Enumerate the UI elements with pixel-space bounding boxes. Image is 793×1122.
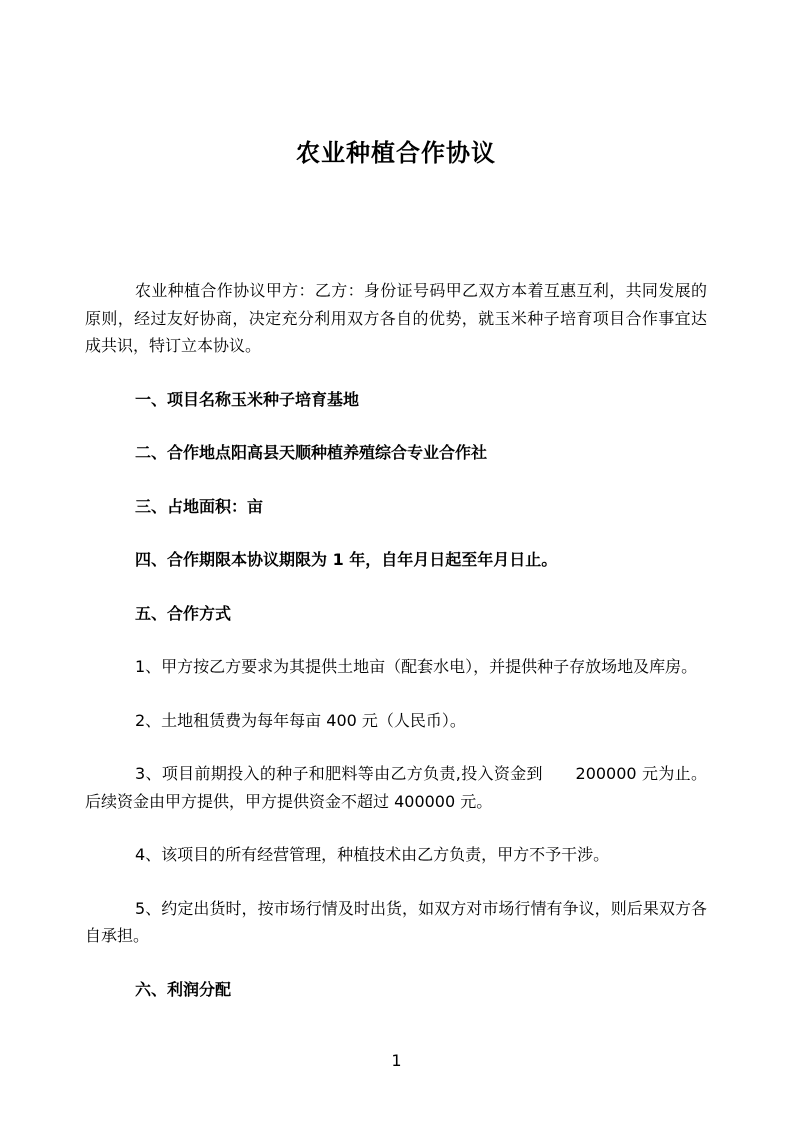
clause-item-1: 1、甲方按乙方要求为其提供土地亩（配套水电），并提供种子存放场地及库房。 bbox=[85, 653, 707, 681]
section-heading-location: 二、合作地点阳高县天顺种植养殖综合专业合作社 bbox=[85, 439, 707, 467]
section-heading-project-name: 一、项目名称玉米种子培育基地 bbox=[85, 386, 707, 414]
section-heading-area: 三、占地面积：亩 bbox=[85, 493, 707, 521]
document-content: 农业种植合作协议 农业种植合作协议甲方：乙方：身份证号码甲乙双方本着互惠互利，共… bbox=[85, 0, 707, 1029]
clause-item-2: 2、土地租赁费为每年每亩 400 元（人民币）。 bbox=[85, 707, 707, 735]
clause-item-3: 3、项目前期投入的种子和肥料等由乙方负责,投入资金到 200000 元为止。后续… bbox=[85, 760, 707, 815]
document-title: 农业种植合作协议 bbox=[85, 136, 707, 170]
section-heading-term: 四、合作期限本协议期限为 1 年，自年月日起至年月日止。 bbox=[85, 546, 707, 574]
section-heading-profit-distribution: 六、利润分配 bbox=[85, 976, 707, 1004]
document-page: 农业种植合作协议 农业种植合作协议甲方：乙方：身份证号码甲乙双方本着互惠互利，共… bbox=[0, 0, 793, 1122]
document-title-text: 农业种植合作协议 bbox=[296, 139, 496, 167]
page-number: 1 bbox=[0, 1049, 793, 1073]
section-heading-cooperation-mode: 五、合作方式 bbox=[85, 600, 707, 628]
clause-item-4: 4、该项目的所有经营管理，种植技术由乙方负责，甲方不予干涉。 bbox=[85, 841, 707, 869]
paragraph-intro: 农业种植合作协议甲方：乙方：身份证号码甲乙双方本着互惠互利，共同发展的原则，经过… bbox=[85, 277, 707, 360]
clause-item-5: 5、约定出货时，按市场行情及时出货，如双方对市场行情有争议，则后果双方各自承担。 bbox=[85, 895, 707, 950]
